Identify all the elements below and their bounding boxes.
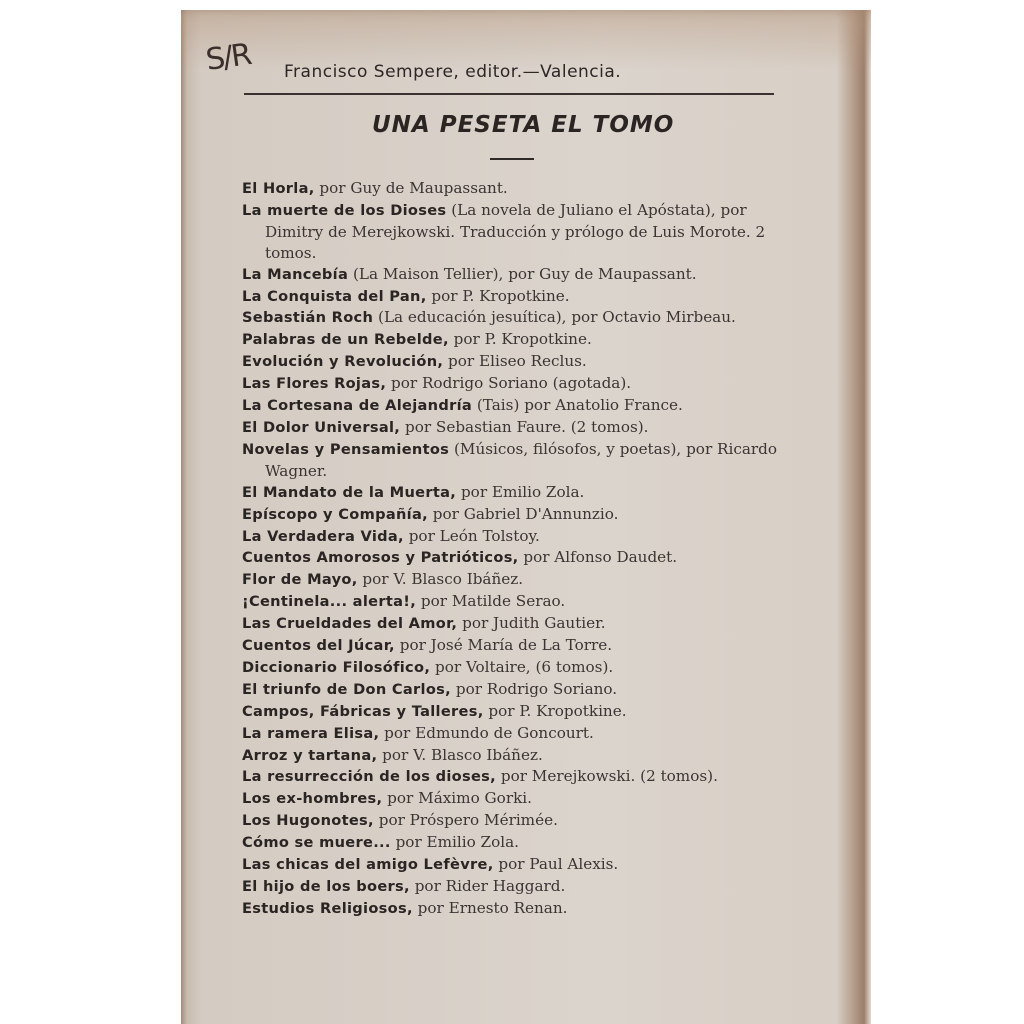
- book-title: La ramera Elisa,: [242, 725, 379, 742]
- list-item: El Horla, por Guy de Maupassant.: [242, 178, 802, 200]
- list-item: Cuentos Amorosos y Patrióticos, por Alfo…: [242, 547, 802, 569]
- book-author: (Tais) por Anatolio France.: [472, 396, 683, 414]
- book-title: Epíscopo y Compañía,: [242, 506, 428, 523]
- book-author: por Ernesto Renan.: [413, 899, 568, 917]
- book-title: Evolución y Revolución,: [242, 353, 443, 370]
- book-title: La Cortesana de Alejandría: [242, 397, 472, 414]
- book-title: El triunfo de Don Carlos,: [242, 681, 451, 698]
- list-item: Los ex-hombres, por Máximo Gorki.: [242, 788, 802, 810]
- list-item: Novelas y Pensamientos (Músicos, filósof…: [242, 439, 802, 482]
- book-title: Cómo se muere...: [242, 834, 391, 851]
- book-title: El Horla,: [242, 180, 315, 197]
- book-title: Las chicas del amigo Lefèvre,: [242, 856, 494, 873]
- book-title: Cuentos del Júcar,: [242, 637, 395, 654]
- book-author: por Merejkowski. (2 tomos).: [496, 767, 718, 785]
- list-item: Las Flores Rojas, por Rodrigo Soriano (a…: [242, 373, 802, 395]
- page-title: UNA PESETA EL TOMO: [372, 112, 662, 138]
- title-divider: [490, 158, 534, 160]
- book-title: La resurrección de los dioses,: [242, 768, 496, 785]
- book-author: por Rodrigo Soriano.: [451, 680, 617, 698]
- book-author: (La Maison Tellier), por Guy de Maupassa…: [348, 265, 696, 283]
- book-author: por Eliseo Reclus.: [443, 352, 587, 370]
- list-item: Sebastián Roch (La educación jesuítica),…: [242, 307, 802, 329]
- book-author: por Sebastian Faure. (2 tomos).: [400, 418, 648, 436]
- book-author: por Alfonso Daudet.: [519, 548, 678, 566]
- list-item: Evolución y Revolución, por Eliseo Reclu…: [242, 351, 802, 373]
- list-item: La Mancebía (La Maison Tellier), por Guy…: [242, 264, 802, 286]
- book-author: por Guy de Maupassant.: [315, 179, 508, 197]
- header-divider: [244, 93, 774, 95]
- list-item: La resurrección de los dioses, por Merej…: [242, 766, 802, 788]
- book-author: por León Tolstoy.: [404, 527, 540, 545]
- handwritten-note: S/R: [204, 37, 252, 78]
- book-author: por Matilde Serao.: [416, 592, 565, 610]
- list-item: Los Hugonotes, por Próspero Mérimée.: [242, 810, 802, 832]
- book-title: Cuentos Amorosos y Patrióticos,: [242, 549, 519, 566]
- book-title: Los ex-hombres,: [242, 790, 382, 807]
- book-title: Diccionario Filosófico,: [242, 659, 430, 676]
- book-author: (La educación jesuítica), por Octavio Mi…: [373, 308, 736, 326]
- book-author: por Rider Haggard.: [410, 877, 565, 895]
- list-item: Cómo se muere... por Emilio Zola.: [242, 832, 802, 854]
- book-author: por Judith Gautier.: [457, 614, 605, 632]
- book-title: Los Hugonotes,: [242, 812, 374, 829]
- list-item: Palabras de un Rebelde, por P. Kropotkin…: [242, 329, 802, 351]
- book-author: por Gabriel D'Annunzio.: [428, 505, 619, 523]
- list-item: Flor de Mayo, por V. Blasco Ibáñez.: [242, 569, 802, 591]
- list-item: Las chicas del amigo Lefèvre, por Paul A…: [242, 854, 802, 876]
- book-author: por Paul Alexis.: [494, 855, 619, 873]
- book-title: Palabras de un Rebelde,: [242, 331, 449, 348]
- book-title: ¡Centinela... alerta!,: [242, 593, 416, 610]
- list-item: La Verdadera Vida, por León Tolstoy.: [242, 526, 802, 548]
- book-title: La Mancebía: [242, 266, 348, 283]
- book-title: El Mandato de la Muerta,: [242, 484, 456, 501]
- book-title: Novelas y Pensamientos: [242, 441, 449, 458]
- book-author: por Edmundo de Goncourt.: [379, 724, 593, 742]
- list-item: El Mandato de la Muerta, por Emilio Zola…: [242, 482, 802, 504]
- book-title: Campos, Fábricas y Talleres,: [242, 703, 484, 720]
- list-item: El hijo de los boers, por Rider Haggard.: [242, 876, 802, 898]
- list-item: Diccionario Filosófico, por Voltaire, (6…: [242, 657, 802, 679]
- book-title: Las Flores Rojas,: [242, 375, 386, 392]
- book-author: por P. Kropotkine.: [449, 330, 592, 348]
- book-author: por P. Kropotkine.: [484, 702, 627, 720]
- list-item: La muerte de los Dioses (La novela de Ju…: [242, 200, 802, 264]
- book-title: La muerte de los Dioses: [242, 202, 446, 219]
- list-item: La Cortesana de Alejandría (Tais) por An…: [242, 395, 802, 417]
- list-item: Estudios Religiosos, por Ernesto Renan.: [242, 898, 802, 920]
- book-author: por Máximo Gorki.: [382, 789, 532, 807]
- book-title: Estudios Religiosos,: [242, 900, 413, 917]
- book-author: por Emilio Zola.: [456, 483, 584, 501]
- book-title: El hijo de los boers,: [242, 878, 410, 895]
- book-title: La Conquista del Pan,: [242, 288, 427, 305]
- book-author: por V. Blasco Ibáñez.: [358, 570, 523, 588]
- book-title: Arroz y tartana,: [242, 747, 377, 764]
- list-item: Campos, Fábricas y Talleres, por P. Krop…: [242, 701, 802, 723]
- book-title: Las Crueldades del Amor,: [242, 615, 457, 632]
- list-item: Las Crueldades del Amor, por Judith Gaut…: [242, 613, 802, 635]
- book-author: por V. Blasco Ibáñez.: [377, 746, 542, 764]
- book-title: El Dolor Universal,: [242, 419, 400, 436]
- book-list: El Horla, por Guy de Maupassant.La muert…: [242, 178, 802, 920]
- list-item: ¡Centinela... alerta!, por Matilde Serao…: [242, 591, 802, 613]
- book-author: por José María de La Torre.: [395, 636, 612, 654]
- book-author: por Emilio Zola.: [391, 833, 519, 851]
- list-item: El Dolor Universal, por Sebastian Faure.…: [242, 417, 802, 439]
- list-item: Cuentos del Júcar, por José María de La …: [242, 635, 802, 657]
- book-author: por Voltaire, (6 tomos).: [430, 658, 613, 676]
- list-item: La ramera Elisa, por Edmundo de Goncourt…: [242, 723, 802, 745]
- list-item: Epíscopo y Compañía, por Gabriel D'Annun…: [242, 504, 802, 526]
- list-item: Arroz y tartana, por V. Blasco Ibáñez.: [242, 745, 802, 767]
- list-item: El triunfo de Don Carlos, por Rodrigo So…: [242, 679, 802, 701]
- book-title: Flor de Mayo,: [242, 571, 358, 588]
- book-author: por Próspero Mérimée.: [374, 811, 558, 829]
- book-title: Sebastián Roch: [242, 309, 373, 326]
- book-title: La Verdadera Vida,: [242, 528, 404, 545]
- book-author: por P. Kropotkine.: [427, 287, 570, 305]
- book-author: por Rodrigo Soriano (agotada).: [386, 374, 631, 392]
- publisher-line: Francisco Sempere, editor.—Valencia.: [284, 62, 764, 82]
- list-item: La Conquista del Pan, por P. Kropotkine.: [242, 286, 802, 308]
